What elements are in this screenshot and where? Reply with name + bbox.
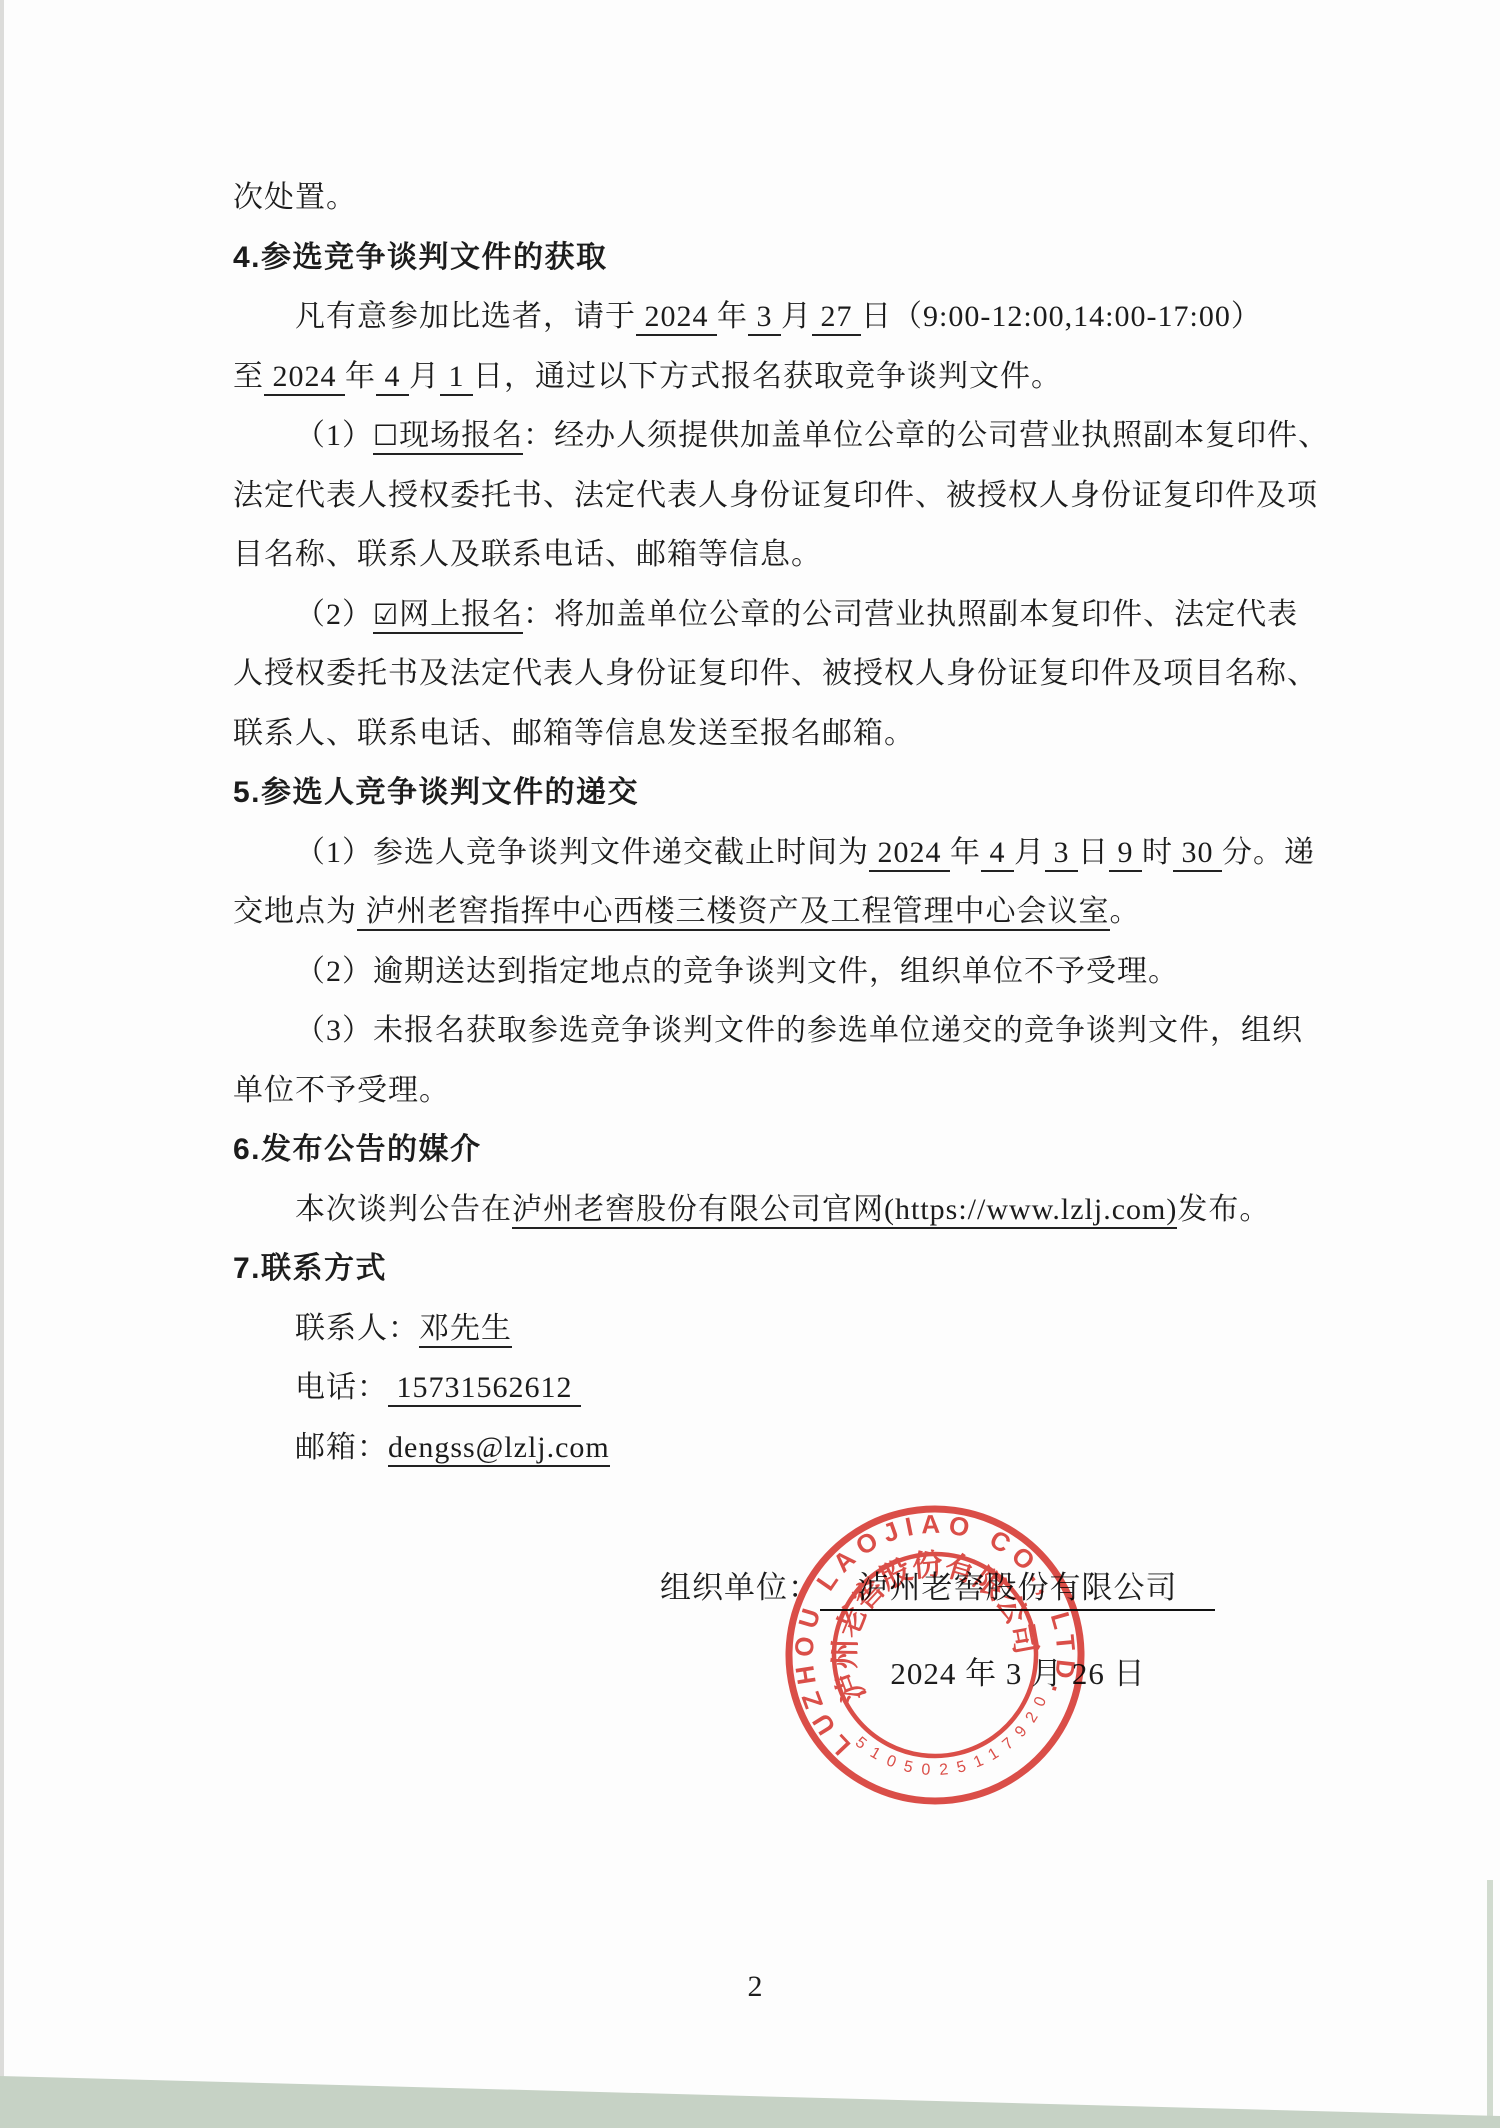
text-segment: 日 — [1078, 836, 1109, 869]
text-segment: （1）参选人竞争谈判文件递交截止时间为 — [295, 836, 869, 869]
text-segment: 人授权委托书及法定代表人身份证复印件、被授权人身份证复印件及项目名称、 — [233, 657, 1318, 690]
text-segment: 现场报名 — [399, 419, 523, 455]
scanned-document-page: 次处置。4.参选竞争谈判文件的获取凡有意参加比选者，请于 2024 年 3 月 … — [0, 0, 1500, 2128]
empty-checkbox-icon: ☐ — [373, 419, 399, 455]
text-segment: 3 — [748, 300, 781, 336]
text-segment: 4 — [981, 836, 1014, 872]
section-heading: 4.参选竞争谈判文件的获取 — [233, 228, 1353, 288]
text-segment: 月 — [1014, 836, 1045, 869]
text-segment: 邮箱： — [295, 1431, 388, 1464]
text-line: 联系人、联系电话、邮箱等信息发送至报名邮箱。 — [233, 704, 1353, 764]
scan-right-edge — [1487, 1880, 1493, 2120]
text-segment: ： — [523, 598, 554, 631]
scan-left-edge — [0, 0, 4, 2078]
stamp-outer-circle — [770, 1490, 1100, 1820]
text-segment: 本次谈判公告在 — [295, 1193, 512, 1226]
text-line: 单位不予受理。 — [233, 1061, 1353, 1121]
text-segment: （3）未报名获取参选竞争谈判文件的参选单位递交的竞争谈判文件，组织 — [295, 1014, 1303, 1047]
text-line: 次处置。 — [233, 168, 1353, 228]
text-segment: 时 — [1142, 836, 1173, 869]
text-line: （2）☑网上报名：将加盖单位公章的公司营业执照副本复印件、法定代表 — [233, 585, 1353, 645]
stamp-english-ring-text: LUZHOU LAOJIAO CO., LTD. — [770, 1490, 1096, 1767]
text-segment: 凡有意参加比选者，请于 — [295, 300, 636, 333]
text-line: （3）未报名获取参选竞争谈判文件的参选单位递交的竞争谈判文件，组织 — [233, 1001, 1353, 1061]
text-line: 邮箱：dengss@lzlj.com — [295, 1418, 1353, 1478]
text-segment: 15731562612 — [388, 1371, 581, 1407]
text-segment: 2024 — [869, 836, 950, 872]
text-segment: 将加盖单位公章的公司营业执照副本复印件、法定代表 — [554, 598, 1298, 631]
text-segment: 1 — [440, 360, 473, 396]
text-segment: （1） — [295, 419, 373, 452]
text-segment: 至 — [233, 360, 264, 393]
text-segment: 发布。 — [1177, 1193, 1270, 1226]
text-segment: 7.联系方式 — [233, 1252, 387, 1285]
text-segment: 年 — [717, 300, 748, 333]
text-segment: 3 — [1045, 836, 1078, 872]
text-segment: 。 — [1110, 895, 1141, 928]
text-segment: ： — [523, 419, 554, 452]
text-line: （2）逾期送达到指定地点的竞争谈判文件，组织单位不予受理。 — [233, 942, 1353, 1002]
text-line: （1）☐现场报名：经办人须提供加盖单位公章的公司营业执照副本复印件、 — [233, 406, 1353, 466]
text-line: 至 2024 年 4 月 1 日，通过以下方式报名获取竞争谈判文件。 — [233, 347, 1353, 407]
checked-checkbox-icon: ☑ — [373, 598, 399, 634]
text-segment: （2）逾期送达到指定地点的竞争谈判文件，组织单位不予受理。 — [295, 955, 1179, 988]
text-segment: 6.发布公告的媒介 — [233, 1133, 482, 1166]
text-line: 联系人：邓先生 — [295, 1299, 1353, 1359]
text-segment: 交地点为 — [233, 895, 357, 928]
page-number: 2 — [700, 1970, 810, 2004]
document-lines: 次处置。4.参选竞争谈判文件的获取凡有意参加比选者，请于 2024 年 3 月 … — [233, 168, 1353, 1477]
text-segment: 网上报名 — [399, 598, 523, 634]
text-line: 交地点为 泸州老窖指挥中心西楼三楼资产及工程管理中心会议室。 — [233, 882, 1353, 942]
text-segment: 2024 — [264, 360, 345, 396]
text-segment: 单位不予受理。 — [233, 1074, 450, 1107]
company-seal-stamp: LUZHOU LAOJIAO CO., LTD. 5105025117920 泸… — [770, 1490, 1100, 1820]
text-segment: 30 — [1173, 836, 1222, 872]
stamp-serial-number: 5105025117920 — [849, 1687, 1065, 1800]
text-segment: 分。递 — [1222, 836, 1315, 869]
text-line: 目名称、联系人及联系电话、邮箱等信息。 — [233, 525, 1353, 585]
text-segment: 4.参选竞争谈判文件的获取 — [233, 241, 608, 274]
text-segment: 月 — [781, 300, 812, 333]
text-segment: 27 — [812, 300, 861, 336]
text-segment: 联系人： — [295, 1312, 419, 1345]
text-segment: 目名称、联系人及联系电话、邮箱等信息。 — [233, 538, 822, 571]
text-segment: 泸州老窖指挥中心西楼三楼资产及工程管理中心会议室 — [357, 895, 1110, 931]
section-heading: 6.发布公告的媒介 — [233, 1120, 1353, 1180]
text-line: 凡有意参加比选者，请于 2024 年 3 月 27 日（9:00-12:00,1… — [233, 287, 1353, 347]
text-segment: （2） — [295, 598, 373, 631]
text-segment: 经办人须提供加盖单位公章的公司营业执照副本复印件、 — [554, 419, 1329, 452]
text-segment: 次处置。 — [233, 181, 357, 214]
text-segment: 邓先生 — [419, 1312, 512, 1348]
section-heading: 5.参选人竞争谈判文件的递交 — [233, 763, 1353, 823]
text-segment: 2024 — [636, 300, 717, 336]
section-heading: 7.联系方式 — [233, 1239, 1353, 1299]
text-line: （1）参选人竞争谈判文件递交截止时间为 2024 年 4 月 3 日 9 时 3… — [233, 823, 1353, 883]
text-segment: 4 — [376, 360, 409, 396]
text-line: 电话： 15731562612 — [295, 1358, 1353, 1418]
text-segment: 月 — [409, 360, 440, 393]
text-segment: dengss@lzlj.com — [388, 1431, 610, 1467]
text-segment: 年 — [345, 360, 376, 393]
text-segment: 法定代表人授权委托书、法定代表人身份证复印件、被授权人身份证复印件及项 — [233, 479, 1318, 512]
text-segment: 电话： — [295, 1371, 388, 1404]
text-segment: 9 — [1109, 836, 1142, 872]
text-line: 本次谈判公告在泸州老窖股份有限公司官网(https://www.lzlj.com… — [233, 1180, 1353, 1240]
text-segment: 泸州老窖股份有限公司官网(https://www.lzlj.com) — [512, 1193, 1177, 1229]
text-segment: 日，通过以下方式报名获取竞争谈判文件。 — [473, 360, 1062, 393]
text-segment: 5.参选人竞争谈判文件的递交 — [233, 776, 639, 809]
text-line: 人授权委托书及法定代表人身份证复印件、被授权人身份证复印件及项目名称、 — [233, 644, 1353, 704]
text-segment: 联系人、联系电话、邮箱等信息发送至报名邮箱。 — [233, 717, 915, 750]
text-line: 法定代表人授权委托书、法定代表人身份证复印件、被授权人身份证复印件及项 — [233, 466, 1353, 526]
text-segment: 日（9:00-12:00,14:00-17:00） — [861, 300, 1262, 333]
text-segment: 年 — [950, 836, 981, 869]
